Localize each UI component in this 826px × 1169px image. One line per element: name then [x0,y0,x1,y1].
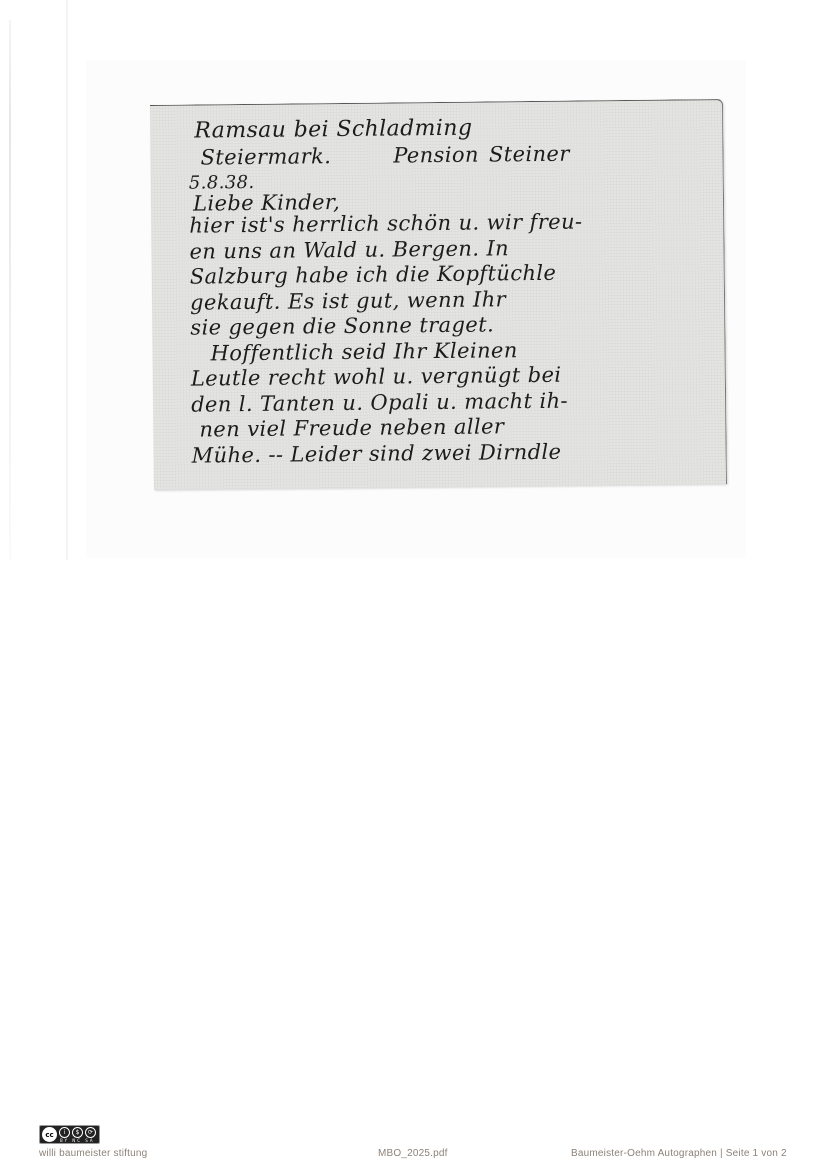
scan-edge [66,0,68,560]
postcard-image: Ramsau bei Schladming Steiermark.Pension… [150,99,727,490]
scan-edge [9,20,11,560]
sa-icon: ⟳ [85,1127,96,1138]
nc-icon: $ [72,1127,83,1138]
region-line: Steiermark.Pension Steiner [188,139,712,171]
letter-line: Mühe. -- Leider sind zwei Dirndle [192,438,716,469]
by-icon: i [59,1127,70,1138]
cc-by-nc-sa-icon: cc i $ ⟳ BY NC SA [39,1125,100,1144]
footer-page-info: Baumeister-Oehm Autographen | Seite 1 vo… [571,1148,787,1159]
region: Steiermark. [200,144,331,169]
handwritten-text: Ramsau bei Schladming Steiermark.Pension… [188,112,716,468]
footer-organization: willi baumeister stiftung [39,1148,147,1159]
pension-name: Pension Steiner [393,142,570,168]
cc-icon: cc [42,1127,57,1142]
footer-filename: MBO_2025.pdf [378,1148,448,1159]
license-labels: BY NC SA [60,1138,95,1143]
